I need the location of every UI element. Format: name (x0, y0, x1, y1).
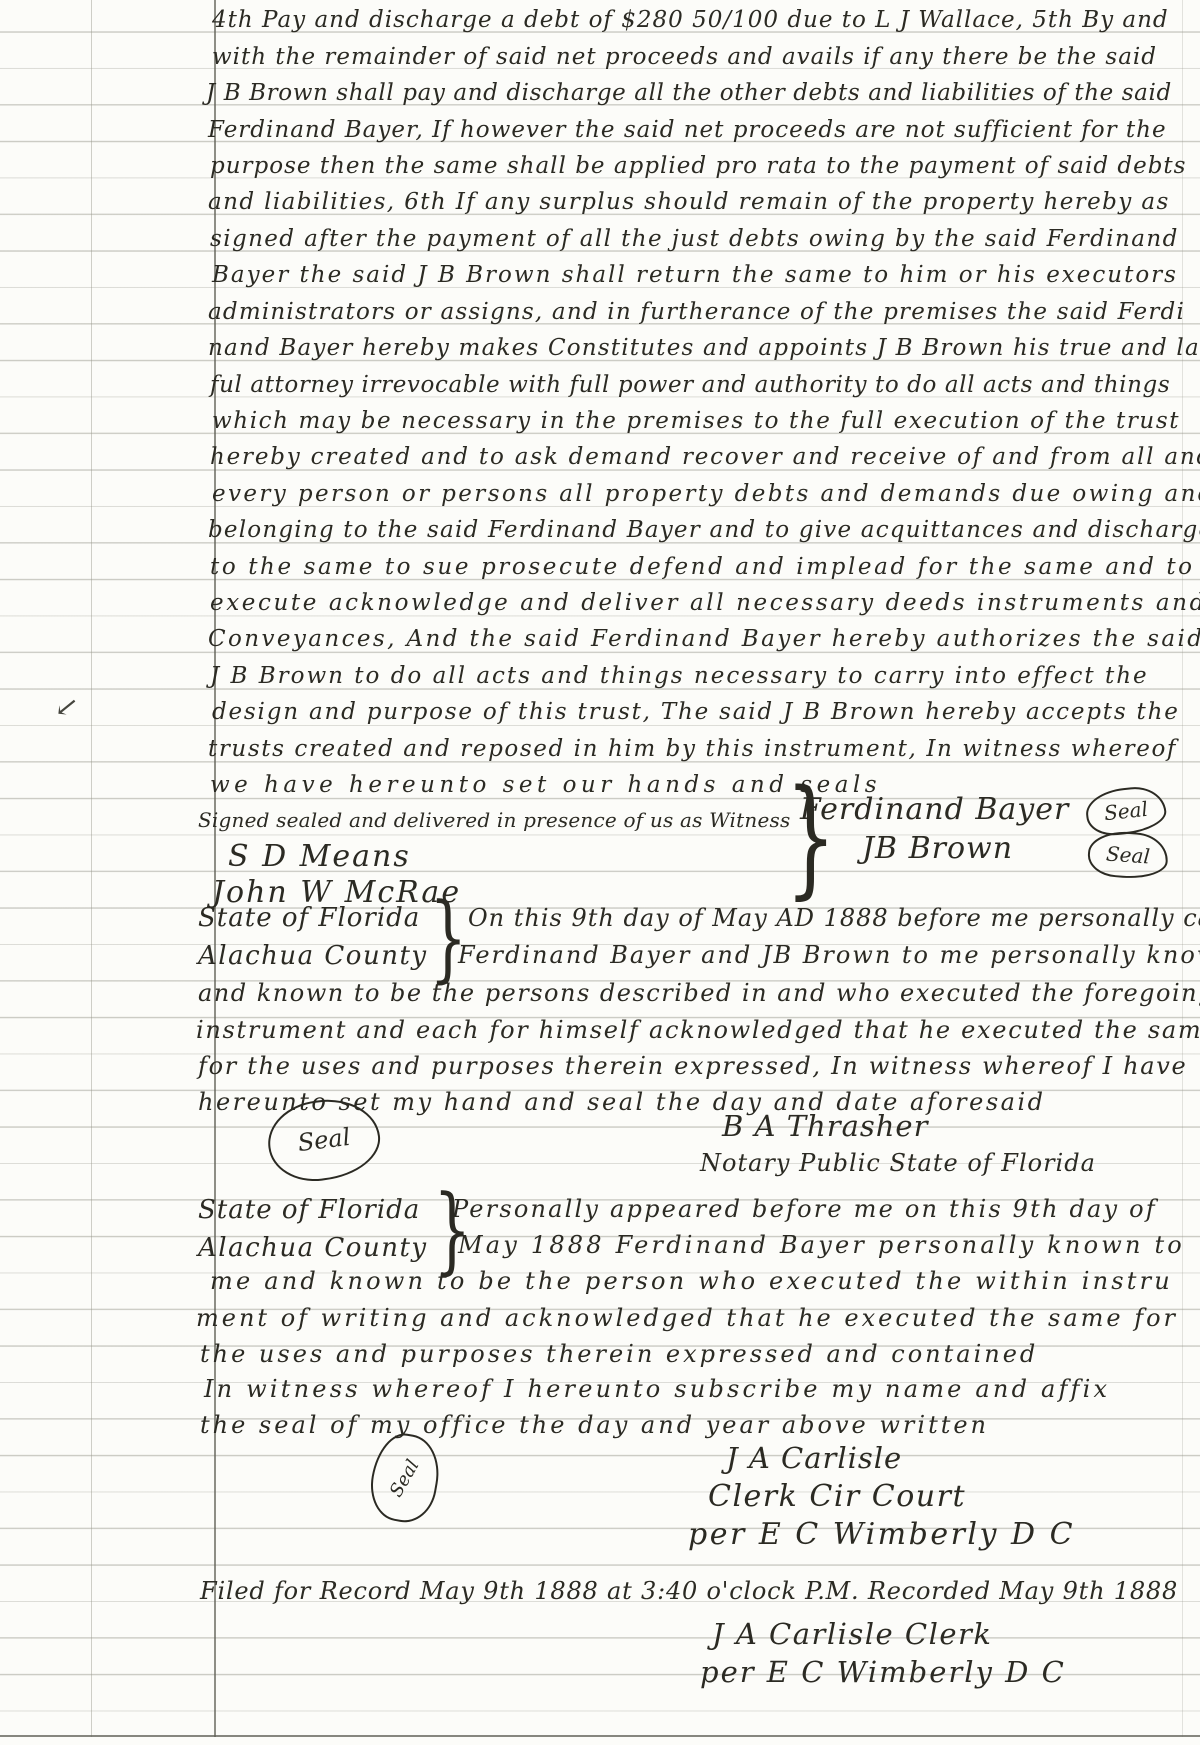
clerk-text-line: me and known to be the person who execut… (210, 1266, 1173, 1296)
attestation-line: Signed sealed and delivered in presence … (198, 808, 790, 833)
deed-text-line: Ferdinand Bayer, If however the said net… (208, 116, 1167, 145)
clerk-text-line: In witness whereof I hereunto subscribe … (204, 1374, 1110, 1404)
deed-text-line: 4th Pay and discharge a debt of $280 50/… (212, 6, 1169, 35)
deed-text-line: J B Brown shall pay and discharge all th… (206, 79, 1172, 108)
deed-record-page: ↙ 4th Pay and discharge a debt of $280 5… (0, 0, 1200, 1745)
deed-text-line: signed after the payment of all the just… (210, 225, 1179, 254)
notary-signature: B A Thrasher (722, 1108, 928, 1144)
deed-text-line: J B Brown to do all acts and things nece… (210, 662, 1149, 691)
seal-label: Seal (386, 1456, 424, 1501)
party-signature-ferdinand-bayer: Ferdinand Bayer (800, 791, 1069, 829)
seal-label: Seal (1103, 797, 1149, 825)
clerk-signature: J A Carlisle (726, 1440, 902, 1476)
deed-text-line: Conveyances, And the said Ferdinand Baye… (208, 625, 1200, 654)
notary-text-line: Ferdinand Bayer and JB Brown to me perso… (458, 940, 1200, 970)
deputy-clerk-signature: per E C Wimberly D C (688, 1516, 1075, 1554)
margin-rule-left-faint (91, 0, 92, 1737)
margin-check-arrow-mark: ↙ (53, 689, 80, 724)
clerk-text-line: May 1888 Ferdinand Bayer personally know… (458, 1230, 1185, 1260)
deed-text-line: belonging to the said Ferdinand Bayer an… (208, 516, 1200, 545)
notary-venue-state: State of Florida (198, 902, 420, 935)
deed-text-line: administrators or assigns, and in furthe… (208, 298, 1185, 327)
notary-text-line: instrument and each for himself acknowle… (196, 1015, 1200, 1045)
notary-title: Notary Public State of Florida (700, 1148, 1096, 1178)
deed-text-line: Bayer the said J B Brown shall return th… (212, 261, 1178, 290)
clerk-text-line: the uses and purposes therein expressed … (200, 1339, 1038, 1369)
page-bottom-rule (0, 1735, 1200, 1737)
clerk-venue-state: State of Florida (198, 1194, 420, 1227)
notary-text-line: and known to be the persons described in… (198, 978, 1200, 1008)
deed-text-line: every person or persons all property deb… (212, 480, 1200, 509)
clerk-title: Clerk Cir Court (708, 1478, 966, 1516)
deed-text-line: execute acknowledge and deliver all nece… (210, 589, 1200, 618)
deed-text-line: and liabilities, 6th If any surplus shou… (208, 188, 1170, 217)
notary-text-line: On this 9th day of May AD 1888 before me… (468, 903, 1200, 933)
deed-text-line: design and purpose of this trust, The sa… (212, 698, 1180, 727)
filing-record-line: Filed for Record May 9th 1888 at 3:40 o'… (200, 1576, 1178, 1606)
deed-text-line: with the remainder of said net proceeds … (212, 43, 1157, 72)
notary-text-line: for the uses and purposes therein expres… (198, 1051, 1187, 1081)
witness-signature: S D Means (228, 838, 411, 876)
deed-text-line: hereby created and to ask demand recover… (210, 443, 1200, 472)
clerk-text-line: Personally appeared before me on this 9t… (452, 1194, 1157, 1224)
party-signature-jb-brown: JB Brown (862, 830, 1013, 868)
deed-text-line: nand Bayer hereby makes Constitutes and … (208, 334, 1200, 363)
clerk-text-line: ment of writing and acknowledged that he… (196, 1303, 1178, 1333)
clerk-venue-county: Alachua County (198, 1232, 428, 1265)
filing-deputy-signature: per E C Wimberly D C (700, 1654, 1066, 1690)
filing-clerk-signature: J A Carlisle Clerk (712, 1616, 993, 1652)
seal-label: Seal (1105, 841, 1150, 868)
deed-text-line: which may be necessary in the premises t… (212, 407, 1180, 436)
deed-text-line: ful attorney irrevocable with full power… (210, 371, 1170, 400)
notary-venue-county: Alachua County (198, 940, 428, 973)
clerk-text-line: the seal of my office the day and year a… (200, 1410, 989, 1440)
deed-text-line: we have hereunto set our hands and seals (210, 771, 881, 800)
deed-text-line: trusts created and reposed in him by thi… (208, 735, 1177, 764)
seal-label: Seal (296, 1123, 352, 1157)
margin-rule-right-faint (1182, 0, 1183, 1737)
deed-text-line: to the same to sue prosecute defend and … (210, 553, 1195, 582)
deed-text-line: purpose then the same shall be applied p… (210, 152, 1186, 181)
